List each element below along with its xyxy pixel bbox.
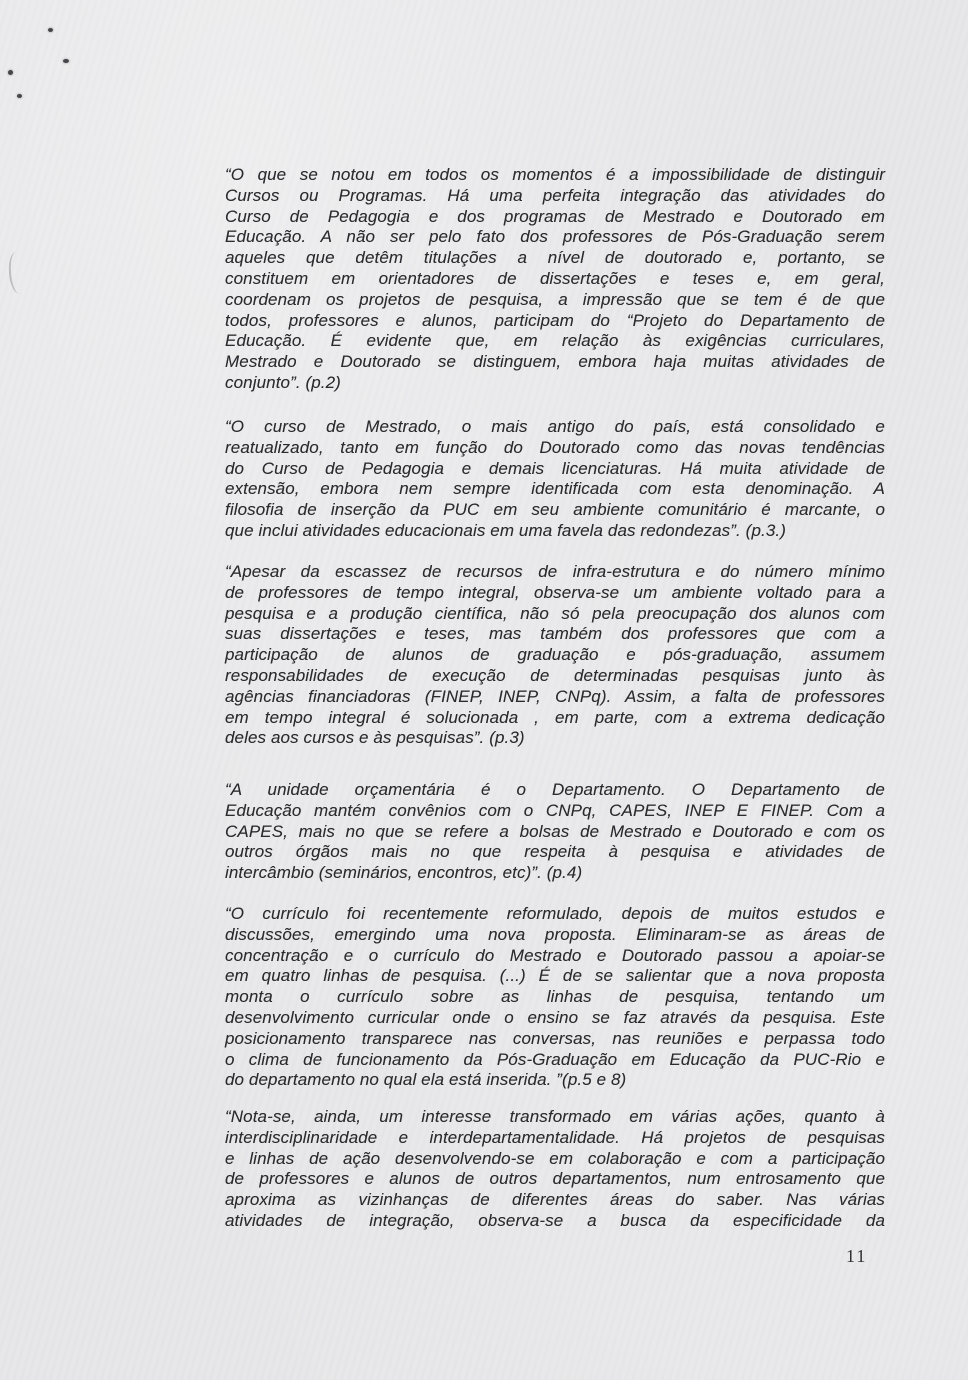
scan-speck xyxy=(17,94,22,98)
pen-mark xyxy=(7,251,27,294)
text-line: de professores de tempo integral, observ… xyxy=(225,583,885,604)
text-line: atividades de integração, observa-se a b… xyxy=(225,1211,885,1232)
text-line: agências financiadoras (FINEP, INEP, CNP… xyxy=(225,687,885,708)
text-line: de professores e alunos de outros depart… xyxy=(225,1169,885,1190)
text-line: suas dissertações e teses, mas também do… xyxy=(225,624,885,645)
text-line: Educação mantém convênios com o CNPq, CA… xyxy=(225,801,885,822)
text-line: aqueles que detêm titulações a nível de … xyxy=(225,248,885,269)
text-line: constituem em orientadores de dissertaçõ… xyxy=(225,269,885,290)
paragraph: “O curso de Mestrado, o mais antigo do p… xyxy=(225,417,885,542)
text-line: em quatro linhas de pesquisa. (...) É de… xyxy=(225,966,885,987)
text-line: conjunto”. (p.2) xyxy=(225,373,885,394)
scan-speck xyxy=(48,28,53,32)
text-line: “O que se notou em todos os momentos é a… xyxy=(225,165,885,186)
text-line: extensão, embora nem sempre identificada… xyxy=(225,479,885,500)
text-line: deles aos cursos e às pesquisas”. (p.3) xyxy=(225,728,885,749)
scan-speck xyxy=(63,59,69,63)
text-line: Educação. A não ser pelo fato dos profes… xyxy=(225,227,885,248)
text-line: todos, professores e alunos, participam … xyxy=(225,311,885,332)
paragraph: “Apesar da escassez de recursos de infra… xyxy=(225,562,885,749)
text-line: em tempo integral é solucionada , em par… xyxy=(225,708,885,729)
text-line: “A unidade orçamentária é o Departamento… xyxy=(225,780,885,801)
text-line: outros órgãos mais no que respeita à pes… xyxy=(225,842,885,863)
text-line: Mestrado e Doutorado se distinguem, embo… xyxy=(225,352,885,373)
text-block: “O que se notou em todos os momentos é a… xyxy=(225,0,885,1380)
text-line: Curso de Pedagogia e dos programas de Me… xyxy=(225,207,885,228)
document-page: “O que se notou em todos os momentos é a… xyxy=(0,0,968,1380)
paragraph: “Nota-se, ainda, um interesse transforma… xyxy=(225,1107,885,1232)
text-line: coordenam os projetos de pesquisa, a imp… xyxy=(225,290,885,311)
text-line: Educação. É evidente que, em relação às … xyxy=(225,331,885,352)
text-line: aproxima as vizinhanças de diferentes ár… xyxy=(225,1190,885,1211)
text-line: e linhas de ação desenvolvendo-se em col… xyxy=(225,1149,885,1170)
paragraph: “O currículo foi recentemente reformulad… xyxy=(225,904,885,1091)
text-line: CAPES, mais no que se refere a bolsas de… xyxy=(225,822,885,843)
text-line: do Curso de Pedagogia e demais licenciat… xyxy=(225,459,885,480)
page-number: 11 xyxy=(846,1246,867,1267)
text-line: concentração e o currículo do Mestrado e… xyxy=(225,946,885,967)
text-line: monta o currículo sobre as linhas de pes… xyxy=(225,987,885,1008)
text-line: posicionamento transparece nas conversas… xyxy=(225,1029,885,1050)
text-line: reatualizado, tanto em função do Doutora… xyxy=(225,438,885,459)
text-line: responsabilidades de execução de determi… xyxy=(225,666,885,687)
text-line: intercâmbio (seminários, encontros, etc)… xyxy=(225,863,885,884)
text-line: filosofia de inserção da PUC em seu ambi… xyxy=(225,500,885,521)
text-line: “Apesar da escassez de recursos de infra… xyxy=(225,562,885,583)
text-line: do departamento no qual ela está inserid… xyxy=(225,1070,885,1091)
text-line: interdisciplinaridade e interdepartament… xyxy=(225,1128,885,1149)
text-line: desenvolvimento curricular onde o ensino… xyxy=(225,1008,885,1029)
text-line: que inclui atividades educacionais em um… xyxy=(225,521,885,542)
scan-speck xyxy=(8,70,13,75)
text-line: o clima de funcionamento da Pós-Graduaçã… xyxy=(225,1050,885,1071)
text-line: “O curso de Mestrado, o mais antigo do p… xyxy=(225,417,885,438)
text-line: participação de alunos de graduação e pó… xyxy=(225,645,885,666)
text-line: discussões, emergindo uma nova proposta.… xyxy=(225,925,885,946)
paragraph: “A unidade orçamentária é o Departamento… xyxy=(225,780,885,884)
text-line: “Nota-se, ainda, um interesse transforma… xyxy=(225,1107,885,1128)
text-line: “O currículo foi recentemente reformulad… xyxy=(225,904,885,925)
text-line: Cursos ou Programas. Há uma perfeita int… xyxy=(225,186,885,207)
paragraph: “O que se notou em todos os momentos é a… xyxy=(225,165,885,394)
text-line: pesquisa e a produção científica, não só… xyxy=(225,604,885,625)
